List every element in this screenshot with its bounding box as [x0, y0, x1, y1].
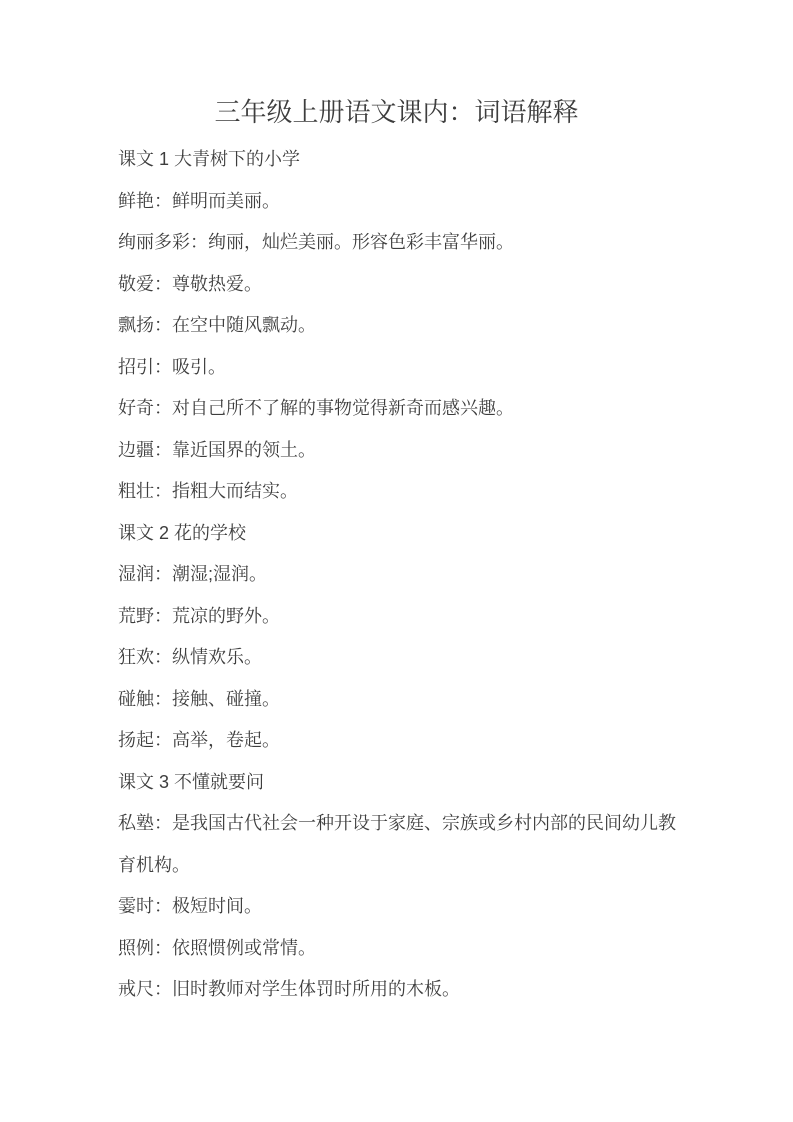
definitions-list: 课文 1 大青树下的小学鲜艳：鲜明而美丽。绚丽多彩：绚丽，灿烂美丽。形容色彩丰富…: [118, 139, 677, 1011]
section-heading: 课文 3 不懂就要问: [118, 762, 677, 804]
definition-line: 鲜艳：鲜明而美丽。: [118, 181, 677, 223]
document-page: 三年级上册语文课内：词语解释 课文 1 大青树下的小学鲜艳：鲜明而美丽。绚丽多彩…: [0, 0, 793, 1122]
definition-line: 扬起：高举，卷起。: [118, 720, 677, 762]
definition-line: 飘扬：在空中随风飘动。: [118, 305, 677, 347]
definition-line: 绚丽多彩：绚丽，灿烂美丽。形容色彩丰富华丽。: [118, 222, 677, 264]
definition-line: 照例：依照惯例或常情。: [118, 928, 677, 970]
definition-line: 荒野：荒凉的野外。: [118, 596, 677, 638]
definition-line: 碰触：接触、碰撞。: [118, 679, 677, 721]
definition-line: 好奇：对自己所不了解的事物觉得新奇而感兴趣。: [118, 388, 677, 430]
definition-line: 敬爱：尊敬热爱。: [118, 264, 677, 306]
definition-line: 戒尺：旧时教师对学生体罚时所用的木板。: [118, 969, 677, 1011]
definition-line: 湿润：潮湿;湿润。: [118, 554, 677, 596]
page-title: 三年级上册语文课内：词语解释: [0, 96, 793, 128]
section-heading: 课文 1 大青树下的小学: [118, 139, 677, 181]
section-heading: 课文 2 花的学校: [118, 513, 677, 555]
definition-line: 狂欢：纵情欢乐。: [118, 637, 677, 679]
definition-line: 私塾：是我国古代社会一种开设于家庭、宗族或乡村内部的民间幼儿教育机构。: [118, 803, 677, 886]
definition-line: 边疆：靠近国界的领土。: [118, 430, 677, 472]
definition-line: 招引：吸引。: [118, 347, 677, 389]
definition-line: 粗壮：指粗大而结实。: [118, 471, 677, 513]
definition-line: 霎时：极短时间。: [118, 886, 677, 928]
